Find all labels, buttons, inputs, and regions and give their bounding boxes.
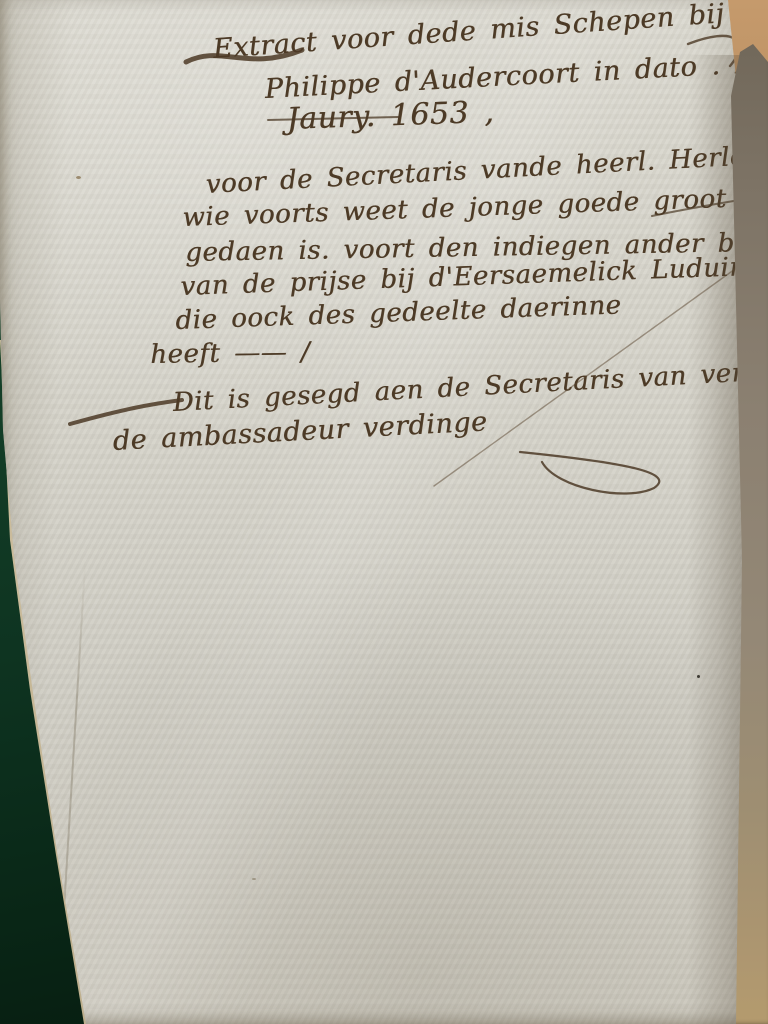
paper-crease <box>56 560 87 1024</box>
handwriting-line: heeft —— / <box>150 337 310 370</box>
handwriting-line: de ambassadeur verdinge <box>112 406 488 457</box>
manuscript-photo: Extract voor dede mis Schepen bij Edele … <box>0 0 768 1024</box>
paper-stain <box>252 878 256 880</box>
paper-stain <box>76 176 81 179</box>
flourish-loop-signature <box>520 452 659 494</box>
handwriting-line: Jaury. 1653 , <box>286 95 495 137</box>
manuscript-page: Extract voor dede mis Schepen bij Edele … <box>0 0 768 1024</box>
flourish-swash-closing <box>70 400 182 424</box>
